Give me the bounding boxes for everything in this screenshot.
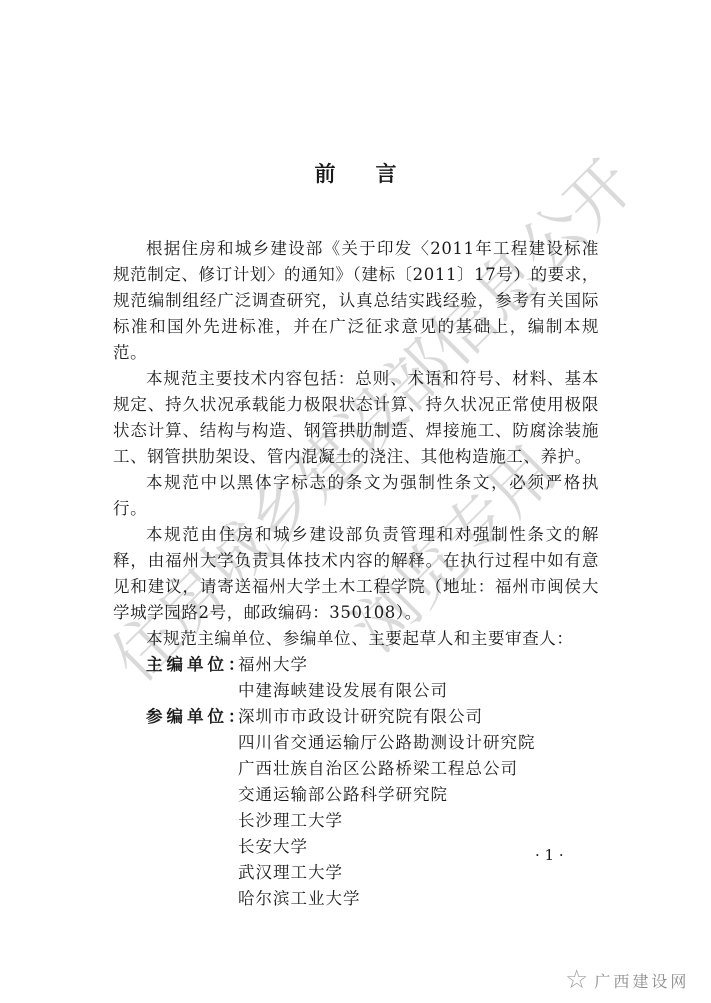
paragraph-management: 本规范由住房和城乡建设部负责管理和对强制性条文的解释，由福州大学负责具体技术内容…	[113, 522, 599, 626]
paragraph-units-intro: 本规范主编单位、参编单位、主要起草人和主要审查人：	[113, 626, 599, 652]
star-icon: ☆	[565, 965, 588, 995]
unit-name: 中建海峡建设发展有限公司	[238, 678, 599, 704]
chief-units-label: 主编单位：	[113, 652, 238, 678]
chief-units: 主编单位： 福州大学 中建海峡建设发展有限公司	[113, 652, 599, 704]
participating-units: 参编单位： 深圳市市政设计研究院有限公司 四川省交通运输厅公路勘测设计研究院 广…	[113, 704, 599, 912]
document-page: 住房城乡建设部信息公开 浏览专用 前言 根据住房和城乡建设部《关于印发〈2011…	[0, 0, 711, 1003]
participating-units-label: 参编单位：	[113, 704, 238, 730]
page-number: · 1 ·	[535, 846, 564, 864]
unit-name: 哈尔滨工业大学	[238, 886, 599, 912]
paragraph-mandatory: 本规范中以黑体字标志的条文为强制性条文，必须严格执行。	[113, 470, 599, 522]
logo-text: 广西建设网	[594, 969, 689, 992]
unit-name: 广西壮族自治区公路桥梁工程总公司	[238, 756, 599, 782]
document-body: 根据住房和城乡建设部《关于印发〈2011年工程建设标准规范制定、修订计划〉的通知…	[113, 236, 599, 912]
unit-name: 四川省交通运输厅公路勘测设计研究院	[238, 730, 599, 756]
paragraph-contents: 本规范主要技术内容包括：总则、术语和符号、材料、基本规定、持久状况承载能力极限状…	[113, 366, 599, 470]
paragraph-basis: 根据住房和城乡建设部《关于印发〈2011年工程建设标准规范制定、修订计划〉的通知…	[113, 236, 599, 366]
page-title: 前言	[0, 158, 711, 188]
unit-name: 福州大学	[238, 652, 599, 678]
unit-name: 长沙理工大学	[238, 808, 599, 834]
site-logo: ☆ 广西建设网	[565, 965, 689, 995]
unit-name: 交通运输部公路科学研究院	[238, 782, 599, 808]
unit-name: 深圳市市政设计研究院有限公司	[238, 704, 599, 730]
